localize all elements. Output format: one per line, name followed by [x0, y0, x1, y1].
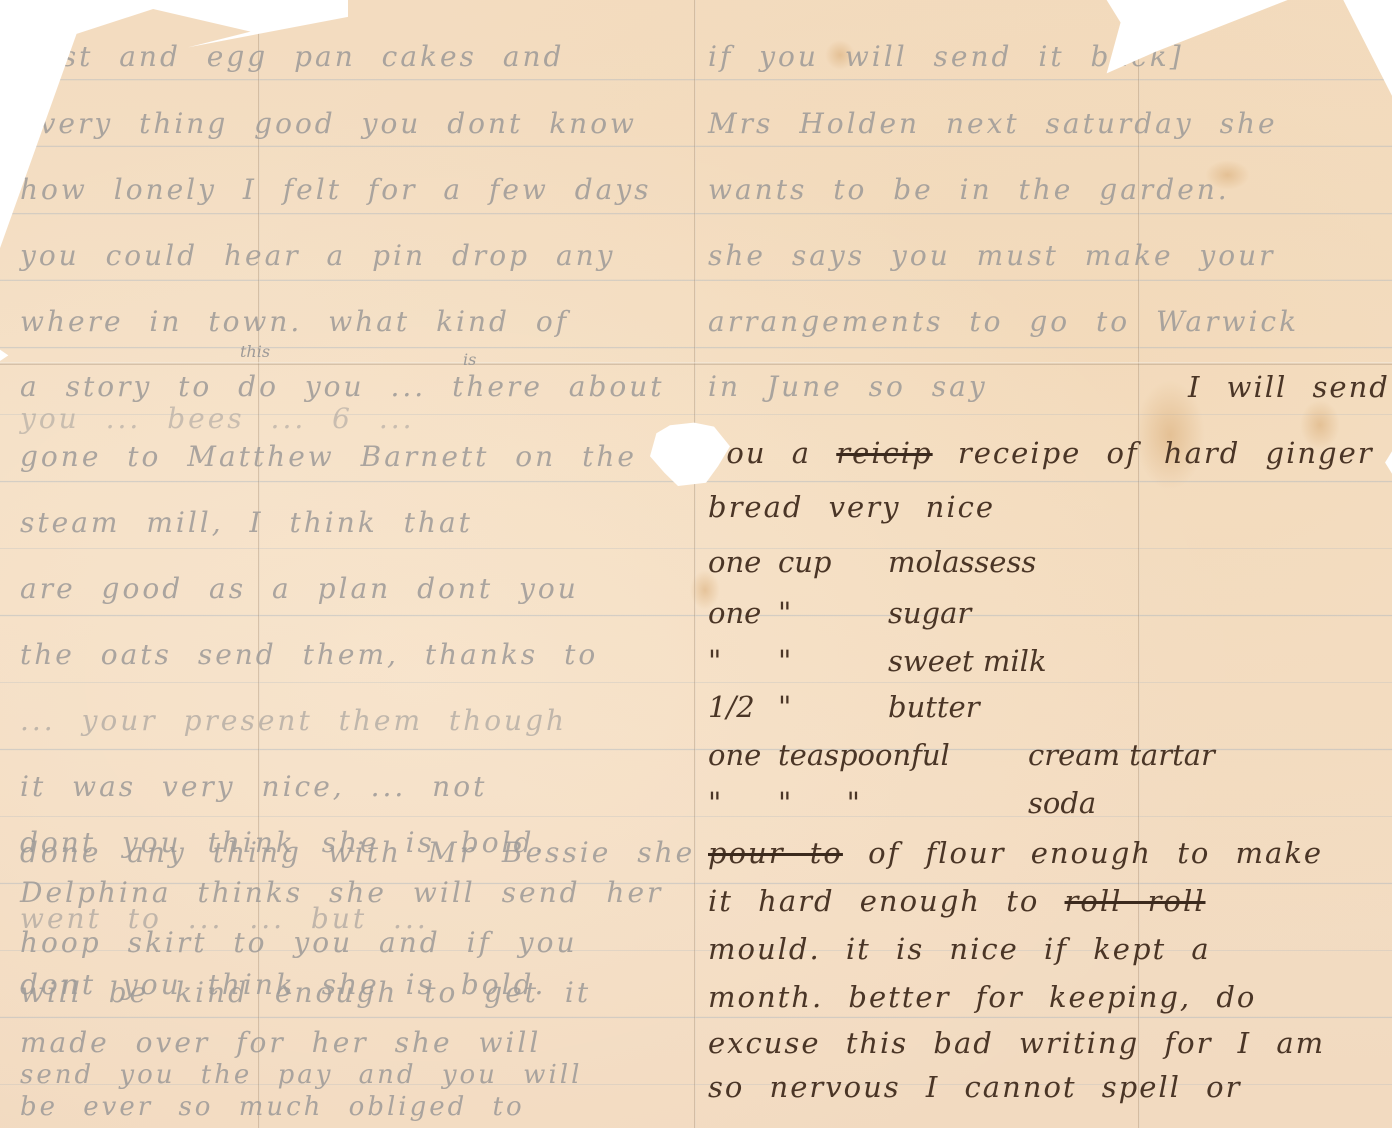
struck-word: roll roll: [1065, 884, 1206, 918]
text-line: it hard enough to roll roll: [708, 884, 1206, 918]
text-line: pour to of flour enough to make: [708, 836, 1323, 870]
text-line: month. better for keeping, do: [708, 980, 1256, 1014]
text-line: hoop skirt to you and if you: [20, 926, 578, 959]
recipe-item: 1/2"butter: [708, 690, 980, 724]
recipe-item: "" "soda: [708, 786, 1096, 820]
text-line: send you the pay and you will: [20, 1060, 582, 1090]
text-line: so nervous I cannot spell or: [708, 1070, 1241, 1104]
text-line: mould. it is nice if kept a: [708, 932, 1211, 966]
recipe-item: ""sweet milk: [708, 644, 1047, 678]
recipe-item: onecupmolassess: [708, 545, 1036, 579]
struck-word: pour to: [708, 836, 843, 870]
recipe-item: oneteaspoonfulcream tartar: [708, 738, 1215, 772]
writing-overlay: dont you think she is bold. Delphina thi…: [0, 0, 1392, 1128]
text-line: Delphina thinks she will send her: [20, 876, 663, 909]
text-line: will be kind enough to get it: [20, 976, 591, 1009]
text-line: be ever so much obliged to: [20, 1092, 525, 1122]
text-line: dont you think she is bold.: [20, 826, 546, 859]
text-line: excuse this bad writing for I am: [708, 1026, 1325, 1060]
recipe-item: one"sugar: [708, 596, 971, 630]
text-fragment: of flour enough to make: [868, 836, 1323, 870]
text-line: made over for her she will: [20, 1026, 541, 1059]
text-fragment: it hard enough to: [708, 884, 1039, 918]
